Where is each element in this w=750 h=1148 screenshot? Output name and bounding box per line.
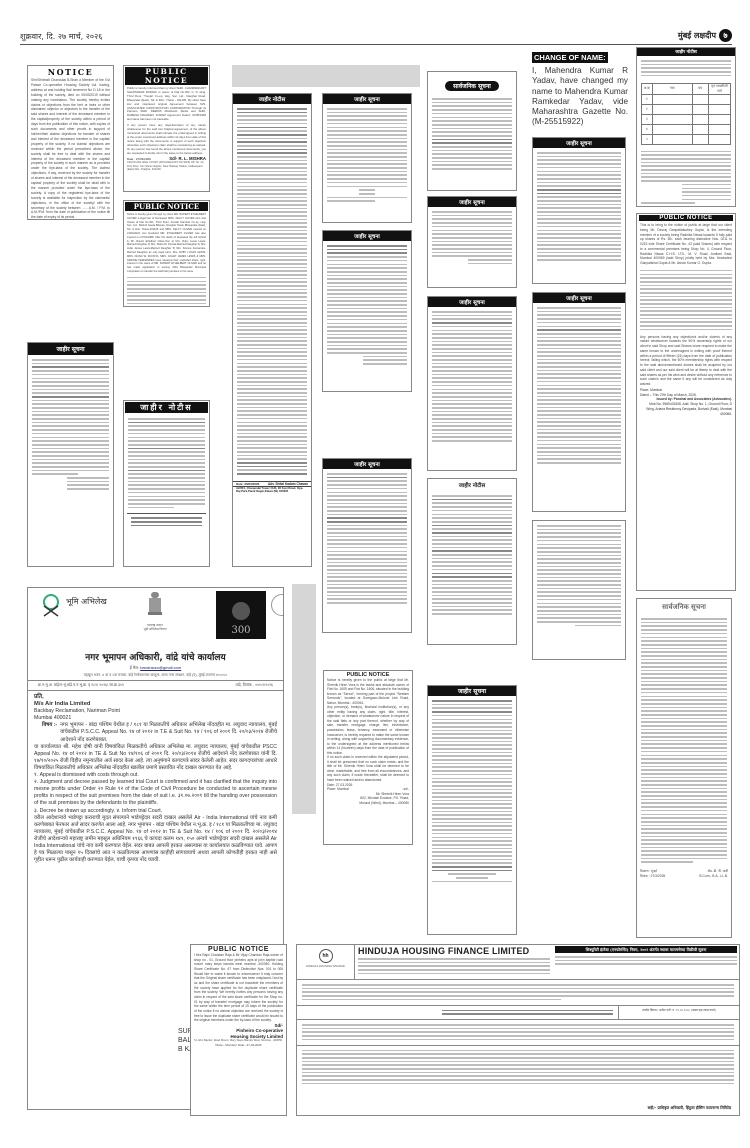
notice-title: जाहीर सूचना [323,94,411,104]
notice-title: जाहीर नोटीस [233,94,311,104]
notice-title: PUBLIC NOTICE [125,67,208,85]
notice-title: PUBLIC NOTICE [324,671,412,678]
public-notice-oliver: PUBLIC NOTICE Notice is hereby given thr… [123,200,210,307]
seal-icon [271,594,284,616]
jahir-notice-center: जाहीर नोटीस Date: 26/03/2026 Adv. Shital… [232,93,312,567]
notice-title: जाहीर नोटीस [637,48,735,56]
notice-body: This is to bring to the notice of public… [637,222,735,267]
image-placeholder [232,65,420,87]
notice-title: सार्वजनिक सूचना [445,81,499,91]
notice-body-2: If any person have any objection/claim o… [124,123,209,156]
addressee-line2: Backbay Reclamation, Nariman Point [34,708,277,715]
office-title: नगर भूमापन अधिकारी, वांद्रे यांचे कार्या… [28,650,283,663]
notice-title: जाहीर सूचना [323,231,411,241]
notice-title: जाहीर सूचना [428,686,516,696]
bhumi-abhilekh-logo-icon [40,594,64,620]
para1: या कार्यालयात श्री. महेश दोषी यांनी विषय… [34,744,277,772]
jahir-suchna-9: जाहीर सूचना [427,685,517,935]
page-number-badge: ७ [719,29,732,42]
place-date: Place:- Mumbai / Date:- 27-03-2026 [191,1043,286,1047]
auction-banner: सिक्युरिटी इंटरेस्ट (एनफोर्समेंट) नियम, … [555,946,737,953]
jahir-notice-table: जाहीर नोटीस अ.क्रनाववयमृत व्यक्तीशी नाते… [636,47,736,207]
jahir-suchna-4: जाहीर सूचना [427,196,517,288]
sarvajanik-suchna-right: सार्वजनिक सूचना ठिकाण : मुंबईदिनांक : 27… [636,598,732,938]
notice-title: जाहीर नोटीस [428,479,516,491]
notice-title: PUBLIC NOTICE [191,945,286,953]
jahir-suchna-8 [532,520,626,660]
ref-date: वांद्रे, दिनांक - ०५/०२/२०२६ [235,683,273,688]
reference-line: क्र.न.भू.अ. वांद्रे/न.भू.वांद्रे.प.न.भू.… [28,681,283,691]
point3: ३. Decree be drawn up accordingly. ४. In… [34,808,277,815]
change-of-name-notice: CHANGE OF NAME: I, Mahendra Kumar R Yada… [532,47,628,117]
notice-body: I Mrs Rajni Chandan Raja & Mr Vijay Chan… [191,953,286,1023]
address: ADVOCATE HIGH COURT (ADV.MAH/1007/ OF 90… [124,161,209,171]
logo-text: भूमि अभिलेख [66,596,107,607]
ref-number: क्र.न.भू.अ. वांद्रे/न.भू.वांद्रे.प.न.भू.… [38,683,124,688]
public-notice-mishra: PUBLIC NOTICE Public is hereby informed … [123,65,210,192]
hinduja-logo: hh HINDUJA HOUSING FINANCE [297,945,355,979]
notice-title: जाहीर सूचना [428,197,516,207]
subject-label: विषय :- [42,722,57,743]
commemorative-300-logo: 300 [216,591,266,639]
notice-body: Public is hereby informed that my client… [124,86,209,123]
notice-body: Notice is hereby given to the public at … [324,678,412,705]
notice-body: I, Mahendra Kumar R Yadav, have changed … [532,65,628,128]
notice-body-text [233,104,311,479]
notice-body: Notice is hereby given through my client… [124,212,209,275]
public-notice-panchal: PUBLIC NOTICE This is to bring to the no… [636,213,736,591]
public-notice-vora: PUBLIC NOTICE Notice is hereby given to … [323,670,413,845]
state-emblem: महाराष्ट्र शासन भूमी अभिलेख विभाग [138,590,172,631]
to-label: प्रति, [34,694,277,701]
jahir-suchna-7: जाहीर सूचना [532,292,626,512]
logo-caption: HINDUJA HOUSING FINANCE [297,964,354,968]
jahir-suchna-2: जाहीर सूचना [322,230,412,392]
degree: B.Com., B.A., LL.B. [699,874,728,879]
company-name: HINDUJA HOUSING FINANCE LIMITED [358,946,550,956]
notice-body: Shri/Shrimati Chandulal B.Shah a Member … [28,77,113,220]
notice-title: NOTICE [28,66,113,77]
notice-title: जाहीर सूचना [428,297,516,307]
sarvajanik-suchna-center: सार्वजनिक सूचना [427,71,517,191]
office-address: महसूल भवन, ४ था व ५वा मजला, वांद्रे रेल्… [28,671,283,681]
notice-title: जाहीर सूचना [28,343,113,355]
property-table: अ.क्रनाववयमृत व्यक्तीशी नाते १ २ ३ ४ ५ [641,83,731,145]
address2: Mulund (West), Mumbai – 400080 [327,801,409,806]
email-label: ई मेल: [130,665,139,670]
notice-title: जाहीर सूचना [533,138,625,148]
reserve-price: राखीव किंमत / अर्नेस्ट मनी: रु. १०,००,००… [619,1006,739,1019]
notice-body-text [28,355,113,494]
email-link[interactable]: bandracso@gmail.com [140,665,181,670]
contact: Mob No. 9969431508. Add: Shop No. 1, Gro… [640,402,732,416]
notice-body-2: Any person(s), bank(s), financial instit… [324,705,412,755]
notice-title: CHANGE OF NAME: [532,52,608,63]
notice-title: PUBLIC NOTICE [639,215,733,221]
public-notice-pinheiro: PUBLIC NOTICE I Mrs Rajni Chandan Raja &… [190,944,287,1116]
hh-logo-icon: hh [319,949,333,963]
point1: १. Appeal is dismissed with costs throug… [34,772,277,779]
jahir-suchna-left: जाहीर सूचना [27,342,114,567]
jahir-suchna-3: जाहीर सूचना [322,458,412,633]
place: Place: Mumbai [327,787,349,792]
authorised-officer: सही/- प्राधिकृत अधिकारी, हिंदुजा हौसिंग … [648,1105,731,1111]
addressee: M/s Air India Limited [34,701,277,708]
page-header: शुक्रवार, दि. २७ मार्च, २०२६ मुंबई लक्षद… [20,25,732,45]
notice-title: जाहीर सूचना [323,459,411,469]
subject: नगर भूमापन - बांद्रा पश्चिम येथील इ / १८… [60,722,277,743]
ashoka-emblem-icon [146,590,164,618]
sd: -sd/- [402,787,409,792]
notice-title: PUBLIC NOTICE [125,202,208,211]
jahir-suchna-6: जाहीर सूचना [532,137,626,284]
notice-title: जाहीर नोटीस [125,402,208,413]
svg-text:300: 300 [231,625,250,636]
para2: वरील आदेशान्वये भाडेपट्टा कराराची मुदत स… [34,815,277,865]
date: दिनांक : 27/3/2026 [640,874,665,879]
notice-body-text [124,414,209,512]
jahir-notice-left: जाहीर नोटीस [123,400,210,567]
point2: २. Judgment and decree passed by learned… [34,779,277,807]
address: A2/301, Chanandal Tower CHS, 90 Feet Roa… [233,486,311,494]
issue-date: शुक्रवार, दि. २७ मार्च, २०२६ [20,31,102,42]
notice-body-2: Any persons having any objection/s and/o… [637,334,735,388]
notice-body-3: If no such claim is received within the … [324,755,412,782]
gvl-notice: NOTICE Shri/Shrimati Chandulal B.Shah a … [27,65,114,220]
notice-title: जाहीर सूचना [533,293,625,303]
emblem-caption-2: भूमी अभिलेख विभाग [138,627,172,631]
masthead: मुंबई लक्षदीप ७ [678,29,732,42]
notice-title: सार्वजनिक सूचना [637,599,731,614]
image-placeholder-vertical [292,584,316,814]
jahir-suchna-5: जाहीर सूचना [427,296,517,471]
paper-name: मुंबई लक्षदीप [678,30,716,41]
jahir-notice-center-2: जाहीर नोटीस [427,478,517,645]
jahir-suchna-1: जाहीर सूचना [322,93,412,223]
hinduja-auction-notice: hh HINDUJA HOUSING FINANCE HINDUJA HOUSI… [296,944,740,1116]
